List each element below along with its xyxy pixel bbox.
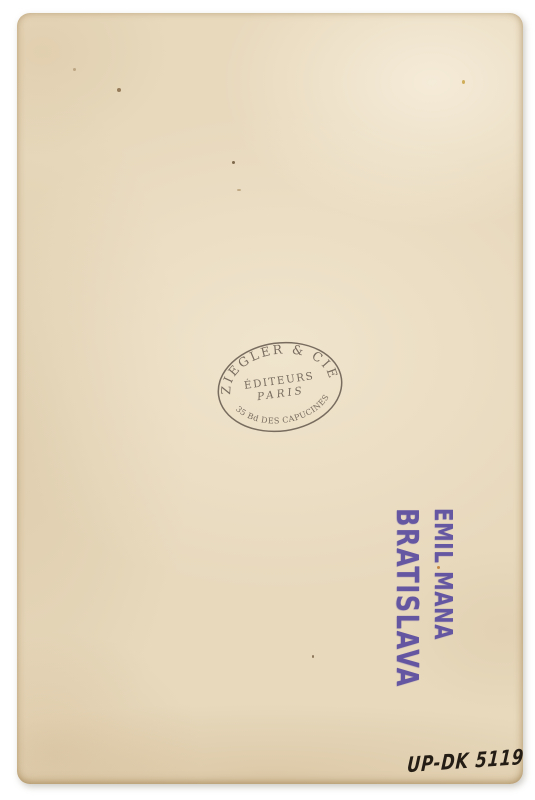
- inventory-inscription: UP-DK 5119: [406, 745, 525, 777]
- owner-stamp-name: EMIL MANA: [425, 508, 462, 683]
- paper-speck: [312, 655, 314, 658]
- paper-speck: [462, 80, 465, 84]
- owner-stamp: EMIL MANA BRATISLAVA: [388, 508, 462, 733]
- paper-speck: [73, 68, 76, 71]
- photo-backdrop: ZIEGLER & CIE ÉDITEURS PARIS 35 Bd DES C…: [0, 0, 535, 800]
- paper-speck: [232, 161, 235, 164]
- publisher-stamp: ZIEGLER & CIE ÉDITEURS PARIS 35 Bd DES C…: [205, 332, 355, 442]
- paper-speck: [437, 566, 440, 569]
- photo-card-back: ZIEGLER & CIE ÉDITEURS PARIS 35 Bd DES C…: [17, 13, 523, 784]
- owner-stamp-city: BRATISLAVA: [388, 508, 425, 688]
- paper-speck: [237, 189, 241, 191]
- paper-speck: [117, 88, 121, 92]
